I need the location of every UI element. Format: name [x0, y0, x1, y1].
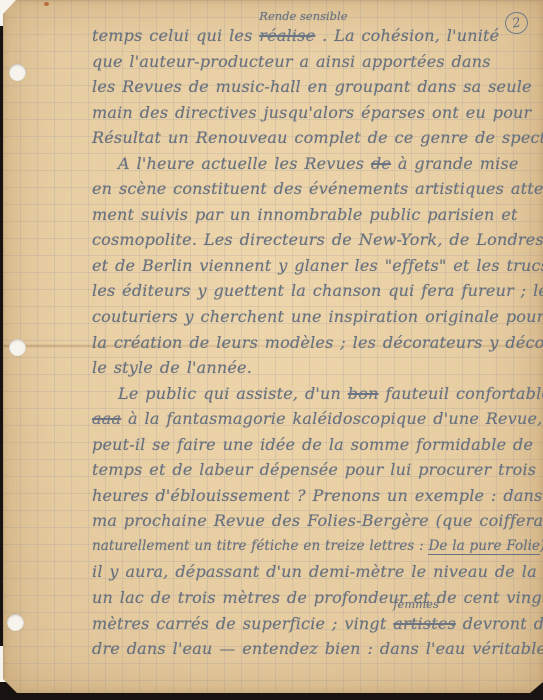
text-segment: les éditeurs y guettent la chanson qui f…	[92, 281, 543, 300]
manuscript-line: et de Berlin viennent y glaner les "effe…	[92, 253, 541, 279]
manuscript-line: les éditeurs y guettent la chanson qui f…	[92, 278, 541, 304]
text-segment: un lac de trois mètres de profondeur et …	[92, 588, 543, 607]
manuscript-line: A l'heure actuelle les Revues de à grand…	[92, 151, 541, 177]
manuscript-line: dre dans l'eau — entendez bien : dans l'…	[92, 636, 541, 662]
manuscript-line: un lac de trois mètres de profondeur et …	[92, 585, 541, 611]
manuscript-line: Le public qui assiste, d'un bon fauteuil…	[92, 381, 541, 407]
manuscript-line: la création de leurs modèles ; les décor…	[92, 330, 541, 356]
inserted-word-above: femmes	[393, 598, 439, 610]
punch-hole	[7, 614, 24, 631]
manuscript-line: en scène constituent des événements arti…	[92, 176, 541, 202]
text-segment: main des directives jusqu'alors éparses …	[92, 103, 531, 122]
struck-word: réalise	[259, 26, 315, 45]
underlined-title: De la pure Folie	[428, 538, 539, 556]
manuscript-line: temps celui qui les Rende sensibleréalis…	[92, 23, 541, 49]
text-segment: heures d'éblouissement ? Prenons un exem…	[92, 486, 542, 505]
text-segment: il y aura, dépassant d'un demi-mètre le …	[92, 562, 543, 581]
manuscript-line: les Revues de music-hall en groupant dan…	[92, 74, 541, 100]
text-segment: à grande mise	[391, 154, 519, 173]
text-segment: le style de l'année.	[92, 358, 252, 377]
text-segment: devront descen-	[456, 614, 543, 633]
manuscript-line: ment suivis par un innombrable public pa…	[92, 202, 541, 228]
text-segment: la création de leurs modèles ; les décor…	[92, 333, 543, 352]
text-segment: à la fantasmagorie kaléidoscopique d'une…	[121, 409, 542, 428]
inserted-word-above: Rende sensible	[259, 10, 347, 22]
manuscript-line: temps et de labeur dépensée pour lui pro…	[92, 457, 541, 483]
text-segment: Résultat un Renouveau complet de ce genr…	[92, 128, 543, 147]
manuscript-line: cosmopolite. Les directeurs de New-York,…	[92, 227, 541, 253]
text-segment: . La cohésion, l'unité	[315, 26, 499, 45]
struck-word: artistes	[393, 614, 456, 633]
text-segment: A l'heure actuelle les Revues	[118, 154, 371, 173]
text-segment: temps et de labeur dépensée pour lui pro…	[92, 460, 536, 479]
text-segment: que l'auteur-producteur a ainsi apportée…	[92, 52, 491, 71]
manuscript-line: mètres carrés de superficie ; vingt femm…	[92, 611, 541, 637]
struck-word: de	[371, 154, 391, 173]
text-segment: peut-il se faire une idée de la somme fo…	[92, 435, 533, 454]
manuscript-line: main des directives jusqu'alors éparses …	[92, 100, 541, 126]
text-segment: cosmopolite. Les directeurs de New-York,…	[92, 230, 543, 249]
manuscript-line: il y aura, dépassant d'un demi-mètre le …	[92, 559, 541, 585]
text-segment: en scène constituent des événements arti…	[92, 179, 543, 198]
text-segment: ment suivis par un innombrable public pa…	[92, 205, 518, 224]
text-segment: fauteuil confortable,	[379, 384, 543, 403]
manuscript-line: naturellement un titre fétiche en treize…	[92, 534, 541, 560]
text-segment: naturellement un titre fétiche en treize…	[92, 538, 428, 554]
text-segment: couturiers y cherchent une inspiration o…	[92, 307, 543, 326]
text-segment: temps celui qui les	[92, 26, 259, 45]
text-segment: dre dans l'eau — entendez bien : dans l'…	[92, 639, 543, 658]
text-segment: Le public qui assiste, d'un	[118, 384, 348, 403]
manuscript: temps celui qui les Rende sensibleréalis…	[92, 23, 541, 662]
text-segment: ma prochaine Revue des Folies-Bergère (q…	[92, 511, 543, 530]
punch-hole	[9, 339, 26, 356]
text-segment: et de Berlin viennent y glaner les "effe…	[92, 256, 543, 275]
manuscript-line: aaa à la fantasmagorie kaléidoscopique d…	[92, 406, 541, 432]
manuscript-line: que l'auteur-producteur a ainsi apportée…	[92, 49, 541, 75]
manuscript-line: heures d'éblouissement ? Prenons un exem…	[92, 483, 541, 509]
punch-hole	[9, 64, 26, 81]
manuscript-line: Résultat un Renouveau complet de ce genr…	[92, 125, 541, 151]
manuscript-line: couturiers y cherchent une inspiration o…	[92, 304, 541, 330]
manuscript-line: peut-il se faire une idée de la somme fo…	[92, 432, 541, 458]
manuscript-line: ma prochaine Revue des Folies-Bergère (q…	[92, 508, 541, 534]
rust-stain	[44, 2, 49, 6]
text-segment: les Revues de music-hall en groupant dan…	[92, 77, 532, 96]
manuscript-line: le style de l'année.	[92, 355, 541, 381]
struck-word: bon	[348, 384, 379, 403]
scan-background: { "page": { "number": "2", "kind": "hand…	[0, 0, 543, 700]
struck-word: aaa	[92, 409, 121, 428]
text-segment: mètres carrés de superficie ; vingt	[92, 614, 393, 633]
